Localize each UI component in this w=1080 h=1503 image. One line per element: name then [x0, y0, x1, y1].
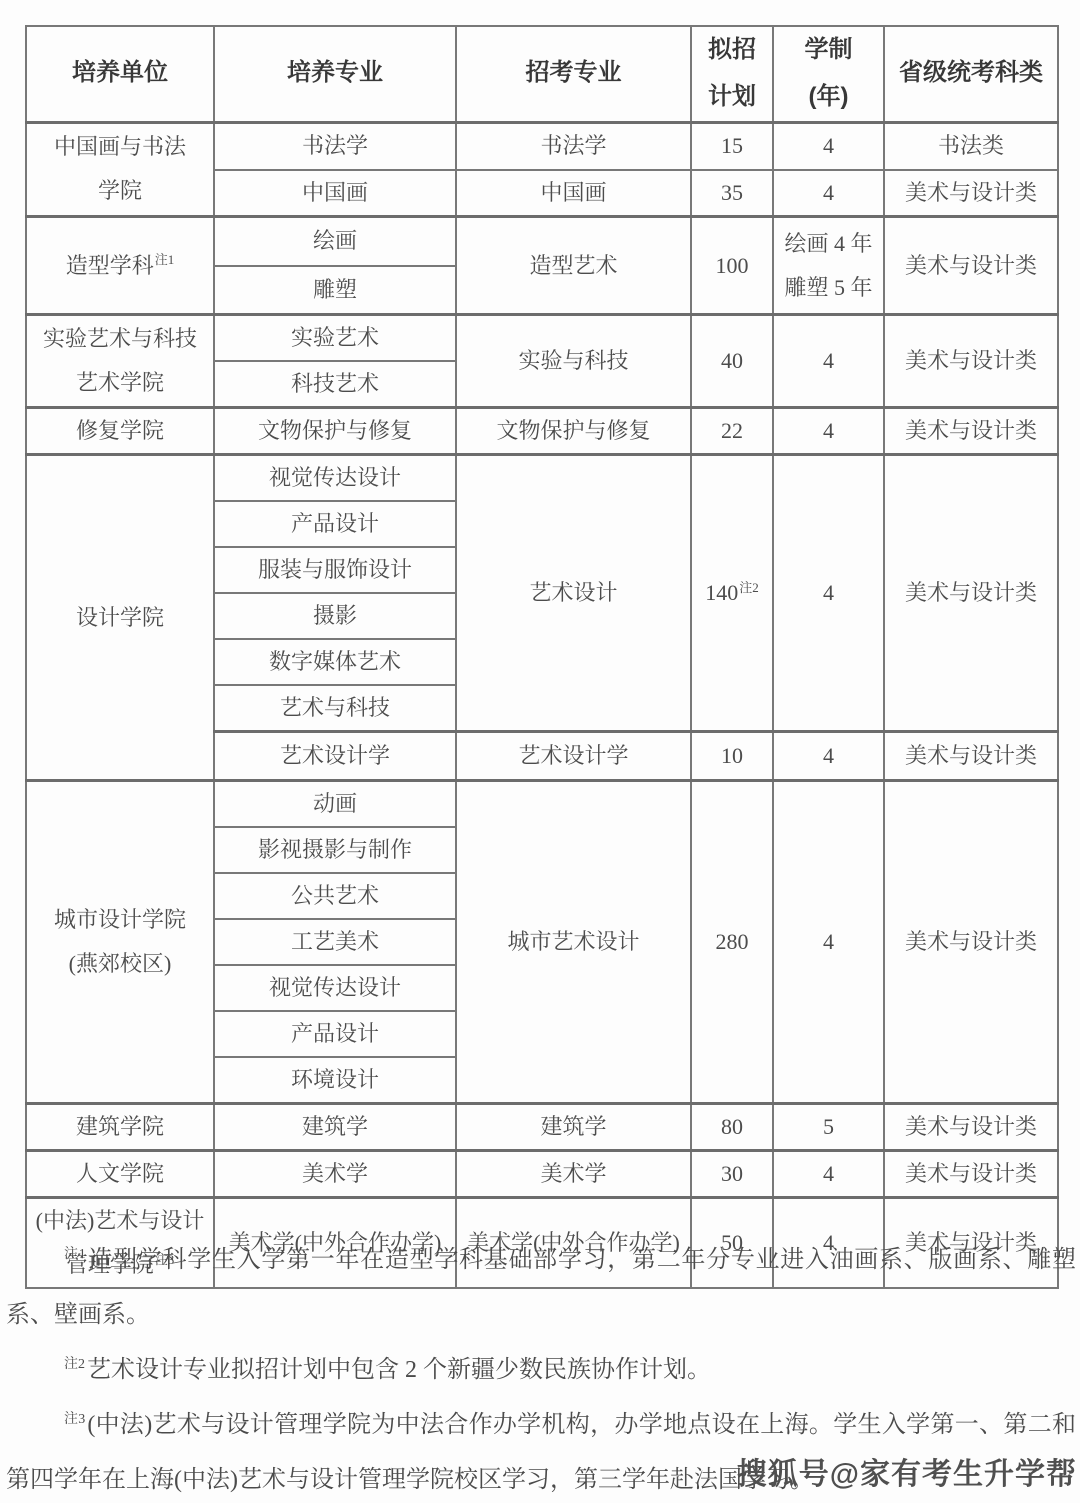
plan-count-cell: 35: [691, 170, 773, 217]
training-major-cell: 产品设计: [214, 1011, 456, 1057]
watermark: 搜狐号@家有考生升学帮: [737, 1449, 1077, 1493]
table-row: 设计学院视觉传达设计艺术设计140注24美术与设计类: [26, 455, 1058, 502]
duration-cell: 4: [773, 455, 884, 732]
exam-major-cell: 实验与科技: [456, 315, 691, 408]
header-cell: 学制(年): [773, 26, 884, 122]
unit-cell: 修复学院: [26, 408, 214, 455]
exam-major-cell: 中国画: [456, 170, 691, 217]
exam-major-cell: 书法学: [456, 122, 691, 170]
training-major-cell: 视觉传达设计: [214, 965, 456, 1011]
exam-category-cell: 美术与设计类: [884, 781, 1058, 1104]
exam-major-cell: 建筑学: [456, 1104, 691, 1151]
exam-major-cell: 美术学: [456, 1151, 691, 1198]
duration-cell: 5: [773, 1104, 884, 1151]
duration-cell: 绘画 4 年雕塑 5 年: [773, 217, 884, 315]
training-major-cell: 服装与服饰设计: [214, 547, 456, 593]
footnote-marker: 注1: [64, 1247, 86, 1262]
plan-count-cell: 30: [691, 1151, 773, 1198]
unit-cell: 造型学科注1: [26, 217, 214, 315]
exam-category-cell: 书法类: [884, 122, 1058, 170]
footnote: 注2艺术设计专业拟招计划中包含 2 个新疆少数民族协作计划。: [6, 1343, 1076, 1398]
table-row: 建筑学院建筑学建筑学805美术与设计类: [26, 1104, 1058, 1151]
training-major-cell: 环境设计: [214, 1057, 456, 1104]
header-cell: 拟招计划: [691, 26, 773, 122]
table-row: 实验艺术与科技艺术学院实验艺术实验与科技404美术与设计类: [26, 315, 1058, 362]
training-major-cell: 雕塑: [214, 266, 456, 315]
footnote-marker: 注2: [64, 1357, 85, 1372]
duration-cell: 4: [773, 122, 884, 170]
duration-cell: 4: [773, 732, 884, 781]
duration-cell: 4: [773, 315, 884, 408]
table-row: 人文学院美术学美术学304美术与设计类: [26, 1151, 1058, 1198]
plan-count-cell: 22: [691, 408, 773, 455]
footnote-marker: 注3: [64, 1412, 85, 1427]
exam-category-cell: 美术与设计类: [884, 170, 1058, 217]
header-cell: 培养专业: [214, 26, 456, 122]
training-major-cell: 工艺美术: [214, 919, 456, 965]
duration-cell: 4: [773, 781, 884, 1104]
training-major-cell: 美术学: [214, 1151, 456, 1198]
exam-major-cell: 造型艺术: [456, 217, 691, 315]
training-major-cell: 实验艺术: [214, 315, 456, 362]
exam-category-cell: 美术与设计类: [884, 217, 1058, 315]
unit-cell: 中国画与书法学院: [26, 122, 214, 217]
training-major-cell: 书法学: [214, 122, 456, 170]
page: { "table": { "header": [ {"lines":["培养单位…: [0, 0, 1080, 1503]
unit-cell: 城市设计学院(燕郊校区): [26, 781, 214, 1104]
training-major-cell: 科技艺术: [214, 361, 456, 408]
plan-count-cell: 280: [691, 781, 773, 1104]
exam-category-cell: 美术与设计类: [884, 315, 1058, 408]
duration-cell: 4: [773, 170, 884, 217]
training-major-cell: 公共艺术: [214, 873, 456, 919]
training-major-cell: 中国画: [214, 170, 456, 217]
training-major-cell: 视觉传达设计: [214, 455, 456, 502]
table-body: 中国画与书法学院书法学书法学154书法类中国画中国画354美术与设计类造型学科注…: [26, 122, 1058, 1288]
plan-count-cell: 80: [691, 1104, 773, 1151]
header-cell: 招考专业: [456, 26, 691, 122]
footnote-ref: 注2: [739, 580, 759, 595]
header-row: 培养单位培养专业招考专业拟招计划学制(年)省级统考科类: [26, 26, 1058, 122]
plan-count-cell: 10: [691, 732, 773, 781]
footnote: 注1造型学科学生入学第一年在造型学科基础部学习，第二年分专业进入油画系、版画系、…: [6, 1233, 1076, 1343]
duration-cell: 4: [773, 1151, 884, 1198]
exam-category-cell: 美术与设计类: [884, 408, 1058, 455]
exam-major-cell: 文物保护与修复: [456, 408, 691, 455]
training-major-cell: 绘画: [214, 217, 456, 266]
header-cell: 培养单位: [26, 26, 214, 122]
table-row: 中国画与书法学院书法学书法学154书法类: [26, 122, 1058, 170]
training-major-cell: 文物保护与修复: [214, 408, 456, 455]
plan-count-cell: 140注2: [691, 455, 773, 732]
table-row: 造型学科注1绘画造型艺术100绘画 4 年雕塑 5 年美术与设计类: [26, 217, 1058, 266]
training-major-cell: 摄影: [214, 593, 456, 639]
exam-category-cell: 美术与设计类: [884, 455, 1058, 732]
table-row: 城市设计学院(燕郊校区)动画城市艺术设计2804美术与设计类: [26, 781, 1058, 828]
training-major-cell: 艺术与科技: [214, 685, 456, 732]
plan-count-cell: 100: [691, 217, 773, 315]
plan-count-cell: 40: [691, 315, 773, 408]
admission-plan-table: 培养单位培养专业招考专业拟招计划学制(年)省级统考科类 中国画与书法学院书法学书…: [25, 25, 1059, 1289]
header-cell: 省级统考科类: [884, 26, 1058, 122]
training-major-cell: 艺术设计学: [214, 732, 456, 781]
plan-count-cell: 15: [691, 122, 773, 170]
exam-category-cell: 美术与设计类: [884, 732, 1058, 781]
duration-cell: 4: [773, 408, 884, 455]
training-major-cell: 影视摄影与制作: [214, 827, 456, 873]
unit-cell: 设计学院: [26, 455, 214, 781]
exam-major-cell: 艺术设计: [456, 455, 691, 732]
footnote-ref: 注1: [155, 252, 175, 267]
exam-major-cell: 艺术设计学: [456, 732, 691, 781]
exam-major-cell: 城市艺术设计: [456, 781, 691, 1104]
training-major-cell: 数字媒体艺术: [214, 639, 456, 685]
exam-category-cell: 美术与设计类: [884, 1104, 1058, 1151]
unit-cell: 建筑学院: [26, 1104, 214, 1151]
table-row: 修复学院文物保护与修复文物保护与修复224美术与设计类: [26, 408, 1058, 455]
exam-category-cell: 美术与设计类: [884, 1151, 1058, 1198]
training-major-cell: 建筑学: [214, 1104, 456, 1151]
training-major-cell: 动画: [214, 781, 456, 828]
unit-cell: 实验艺术与科技艺术学院: [26, 315, 214, 408]
training-major-cell: 产品设计: [214, 501, 456, 547]
unit-cell: 人文学院: [26, 1151, 214, 1198]
table-header: 培养单位培养专业招考专业拟招计划学制(年)省级统考科类: [26, 26, 1058, 122]
